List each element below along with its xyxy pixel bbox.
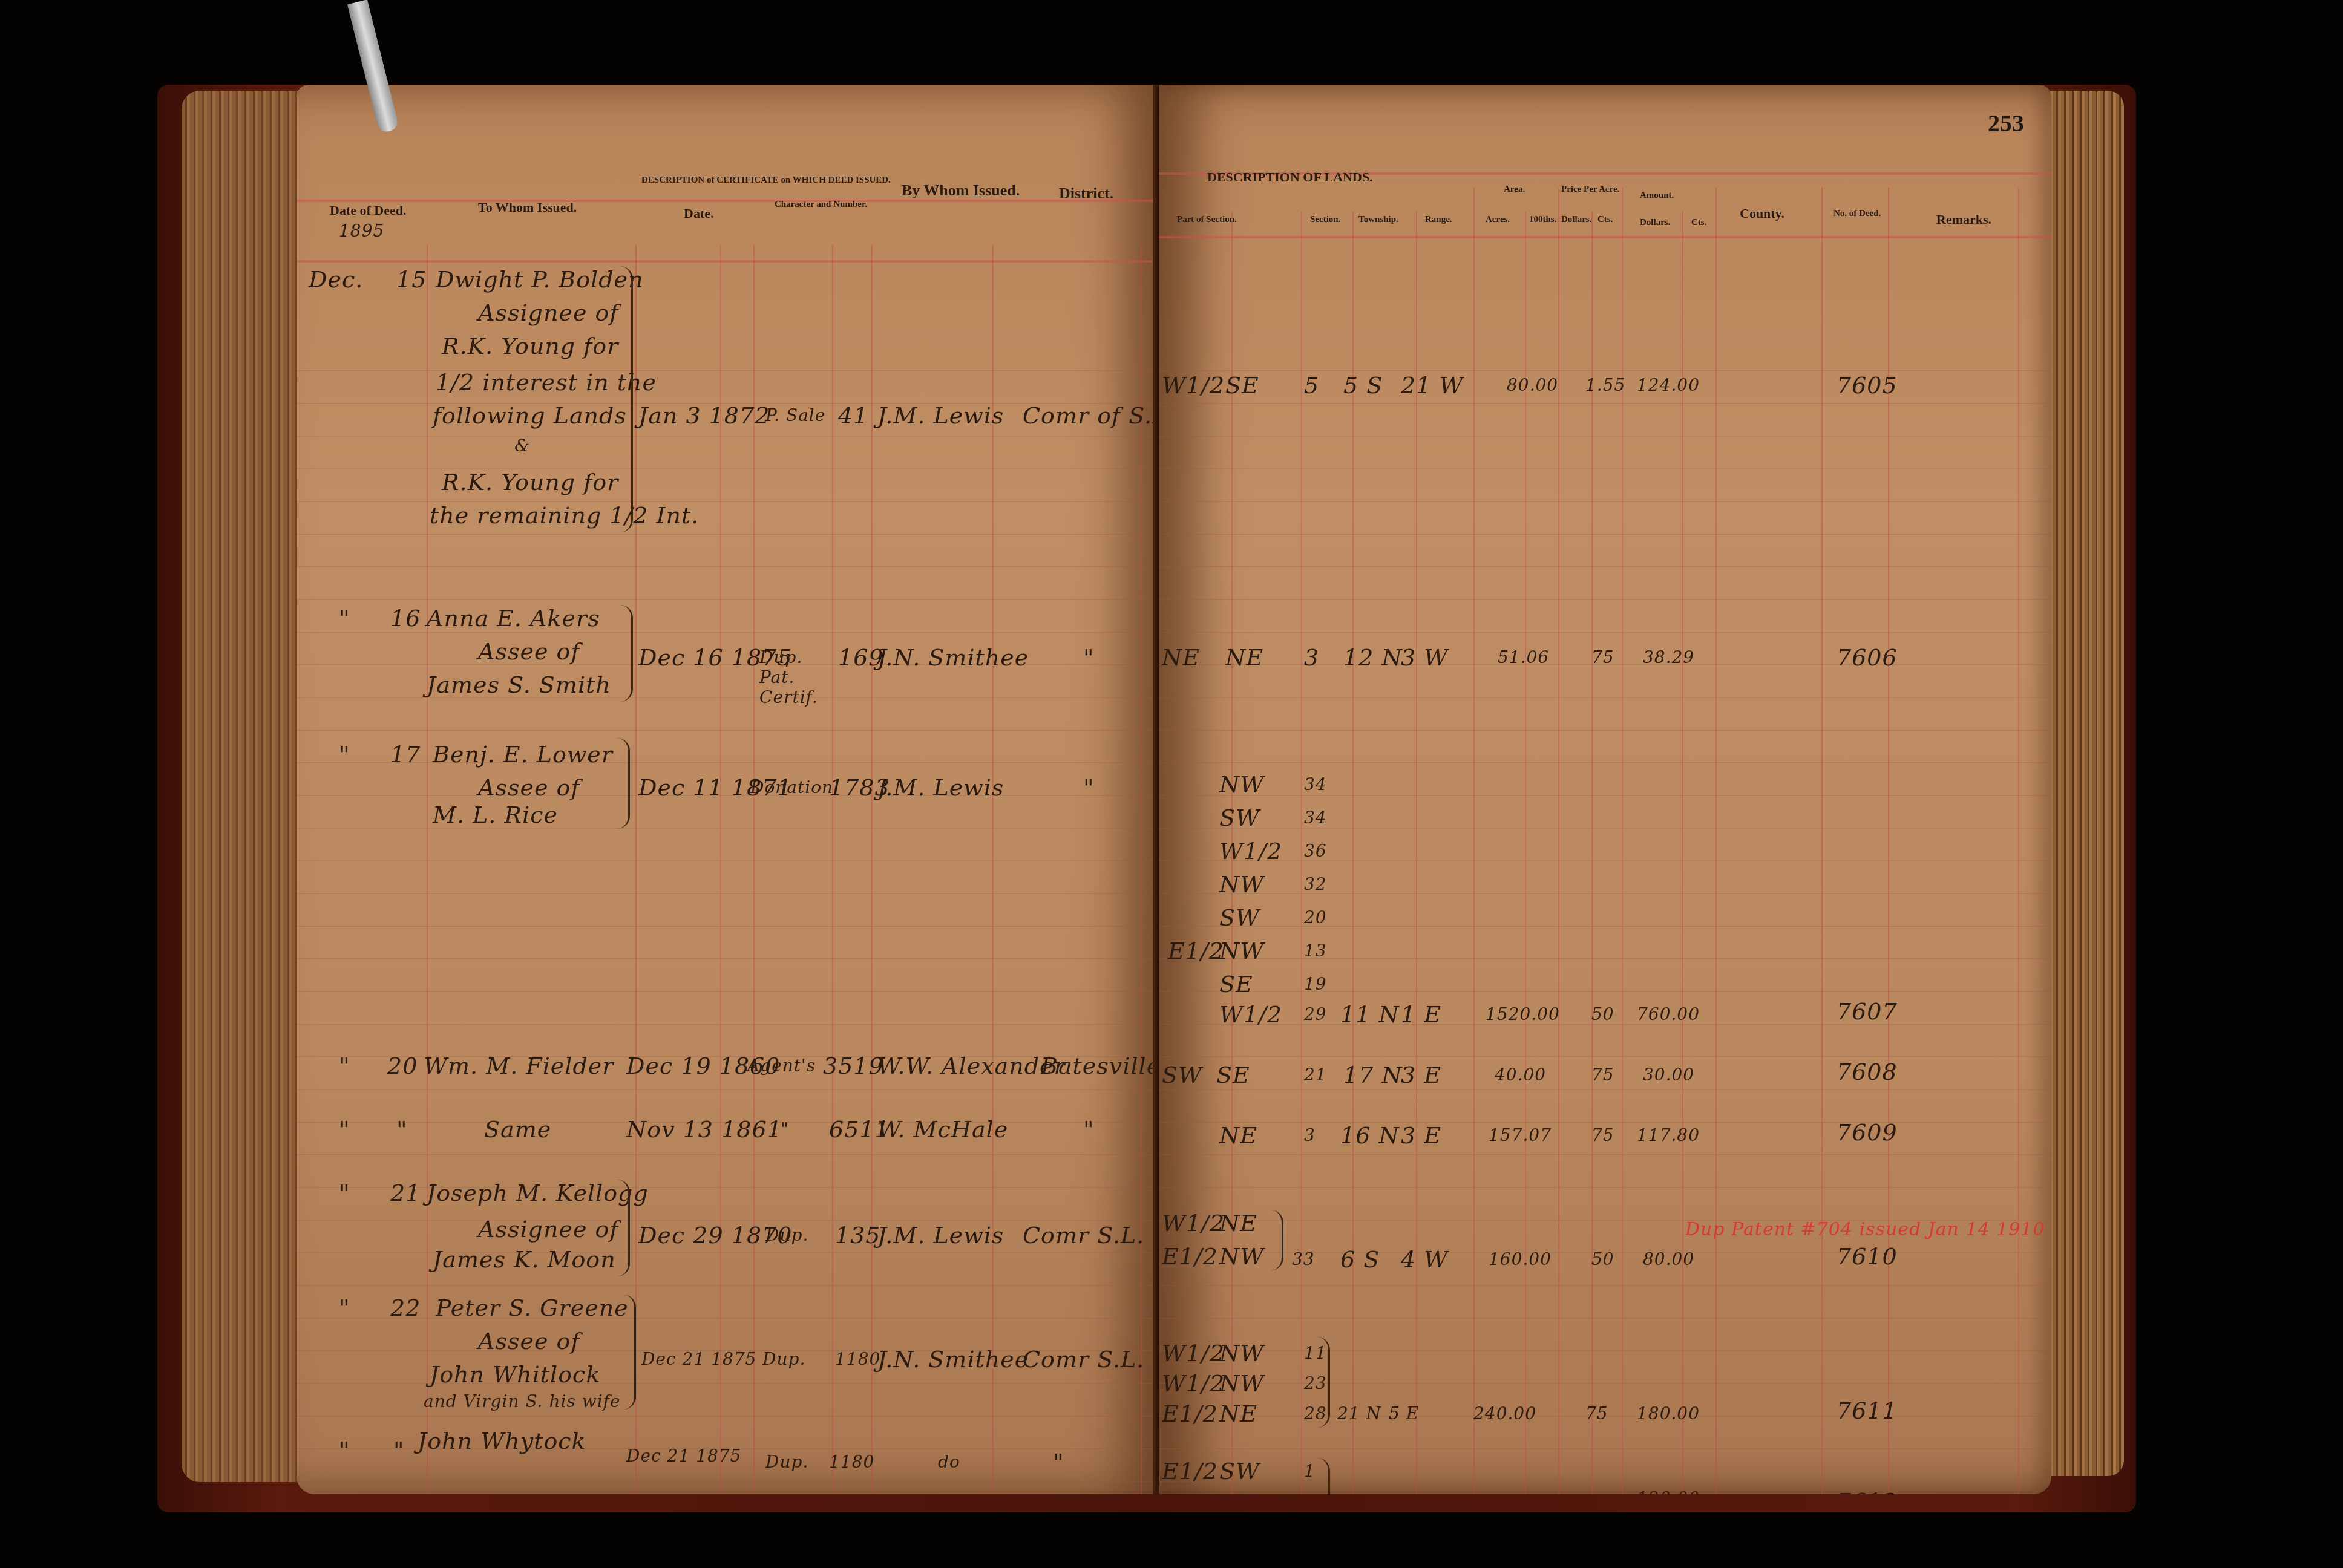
entry-name-line: following Lands xyxy=(433,402,627,429)
entry-cert-char: " xyxy=(781,1119,789,1139)
entry-district: " xyxy=(1083,774,1094,801)
land-acres: 1520.00 xyxy=(1486,1004,1560,1024)
entry-month: " xyxy=(339,1437,350,1463)
header-top-rule xyxy=(297,200,1162,202)
land-township: 12 N xyxy=(1343,644,1403,671)
header-price-dollars: Dollars. xyxy=(1561,215,1591,225)
land-amount: 120.00 xyxy=(1637,1488,1700,1494)
land-amount: 760.00 xyxy=(1637,1004,1700,1024)
entry-day: 20 xyxy=(387,1053,418,1079)
entry-district: " xyxy=(1053,1449,1064,1475)
page-number: 253 xyxy=(1988,109,2024,137)
col-divider xyxy=(1558,188,1559,1494)
header-cert-date: Date. xyxy=(684,206,713,221)
entry-name-line: M. L. Rice xyxy=(433,802,558,828)
header-amount-group: Amount. xyxy=(1640,191,1674,201)
entry-name-line: Joseph M. Kellogg xyxy=(427,1180,649,1206)
entry-day: 17 xyxy=(390,741,421,768)
land-range: 1 E xyxy=(1401,1001,1441,1028)
entry-name-line: John Whytock xyxy=(418,1428,586,1454)
col-divider xyxy=(1141,245,1142,1494)
land-part: SW xyxy=(1162,1062,1202,1088)
land-sub: SW xyxy=(1219,805,1260,831)
entry-cert-date: Dec 21 1875 xyxy=(626,1446,741,1466)
land-amount: 38.29 xyxy=(1643,647,1694,667)
land-amount: 117.80 xyxy=(1637,1125,1700,1145)
header-price-cts: Cts. xyxy=(1597,215,1613,225)
deed-number: 7605 xyxy=(1837,372,1898,399)
land-price: 75 xyxy=(1585,1403,1608,1423)
entry-day: 15 xyxy=(396,266,427,293)
header-section: Section. xyxy=(1310,215,1340,225)
land-acres: 157.07 xyxy=(1489,1125,1552,1145)
deed-number: 7607 xyxy=(1837,998,1898,1025)
entry-name-line: Dwight P. Bolden xyxy=(436,266,644,293)
header-price-group: Price Per Acre. xyxy=(1561,185,1619,195)
land-sub: SE xyxy=(1219,971,1253,998)
land-section: 32 xyxy=(1304,874,1327,894)
land-part: E1/2 xyxy=(1162,1400,1218,1427)
entry-month: Dec. xyxy=(309,266,363,293)
deed-number: 7609 xyxy=(1837,1119,1898,1146)
deed-number: 7606 xyxy=(1837,644,1898,671)
col-divider xyxy=(1352,212,1354,1494)
col-divider xyxy=(1591,212,1593,1494)
land-price: 1.55 xyxy=(1585,375,1625,395)
entry-cert-char: Dup. xyxy=(765,1225,808,1245)
header-area-group: Area. xyxy=(1504,185,1525,195)
entry-name-line: John Whitlock xyxy=(430,1361,600,1388)
deed-number: 7611 xyxy=(1837,1397,1898,1424)
land-sub: NE xyxy=(1225,644,1263,671)
land-sub: SW xyxy=(1219,1458,1260,1485)
entry-name-line: Peter S. Greene xyxy=(436,1295,629,1321)
entry-name-line: Assignee of xyxy=(478,299,618,326)
land-part: W1/2 xyxy=(1162,1491,1225,1494)
bracket xyxy=(620,266,633,532)
entry-district: " xyxy=(1083,644,1094,671)
land-price: 75 xyxy=(1591,1125,1614,1145)
ledger-right-page: 253 DESCRIPTION OF LANDS. Part of Sectio… xyxy=(1159,85,2051,1494)
col-divider xyxy=(1416,212,1417,1494)
entry-cert-date: Dec 21 1875 xyxy=(641,1349,756,1369)
land-part: E1/2 xyxy=(1162,1458,1218,1485)
entry-month: " xyxy=(339,1116,350,1143)
entry-by-whom: W.W. Alexander xyxy=(877,1053,1066,1079)
col-divider xyxy=(720,245,721,1494)
entry-cert-no: 135 xyxy=(835,1222,881,1249)
land-amount: 180.00 xyxy=(1637,1403,1700,1423)
land-sub: NE xyxy=(1219,1400,1257,1427)
header-cert-character: Character and Number. xyxy=(775,200,867,210)
land-range: 5 E xyxy=(1389,1403,1419,1423)
bracket xyxy=(623,1295,636,1410)
land-section: 33 xyxy=(1292,1249,1315,1269)
entry-month: " xyxy=(339,741,350,768)
header-district: District. xyxy=(1059,185,1113,203)
land-acres: 240.00 xyxy=(1473,1403,1536,1423)
land-township: 5 S xyxy=(1343,372,1383,399)
deed-number: 7610 xyxy=(1837,1243,1898,1270)
land-sub: SW xyxy=(1219,904,1260,931)
land-section: 5 xyxy=(1304,372,1319,399)
bracket xyxy=(620,605,633,702)
land-sub: NW xyxy=(1219,871,1264,898)
header-to-whom-issued: To Whom Issued. xyxy=(478,200,577,215)
entry-cert-char: Agent's xyxy=(747,1056,816,1076)
entry-month: " xyxy=(339,1180,350,1206)
header-acres: Acres. xyxy=(1486,215,1510,225)
land-price: 75 xyxy=(1591,1065,1614,1085)
land-section: 29 xyxy=(1304,1004,1327,1024)
col-divider xyxy=(2018,188,2019,1494)
entry-month: " xyxy=(339,1053,350,1079)
land-range: 21 W xyxy=(1401,372,1464,399)
land-section: 3 xyxy=(1304,1125,1316,1145)
land-amount: 124.00 xyxy=(1637,375,1700,395)
land-sub: NE xyxy=(1219,1122,1257,1149)
entry-name-line: & xyxy=(514,436,530,456)
bracket xyxy=(1317,1458,1330,1494)
land-sub: SW xyxy=(1219,1491,1260,1494)
entry-name-line: R.K. Young for xyxy=(442,333,618,359)
land-sub: NW xyxy=(1219,771,1264,798)
col-divider xyxy=(871,245,873,1494)
land-section: 3 xyxy=(1304,644,1319,671)
entry-cert-no: 41 xyxy=(838,402,868,429)
entry-cert-no: 3519 xyxy=(823,1053,884,1079)
entry-month: " xyxy=(339,605,350,632)
entry-name-line: James S. Smith xyxy=(427,671,611,698)
land-sub: NW xyxy=(1219,1243,1264,1270)
land-acres: 80.00 xyxy=(1507,375,1558,395)
header-hundredths: 100ths. xyxy=(1529,215,1556,225)
header-no-of-deed: No. of Deed. xyxy=(1833,209,1881,219)
entry-cert-no: 1180 xyxy=(829,1452,874,1472)
land-section: 36 xyxy=(1304,841,1327,861)
header-amount-cts: Cts. xyxy=(1691,218,1706,228)
land-township: 11 N xyxy=(1340,1001,1400,1028)
land-township: 16 N xyxy=(1340,1122,1400,1149)
entry-name-line: Anna E. Akers xyxy=(427,605,600,632)
col-divider xyxy=(1715,188,1717,1494)
entry-by-whom: J.M. Lewis xyxy=(877,774,1004,801)
land-section: 20 xyxy=(1304,907,1327,927)
entry-month: " xyxy=(339,1295,350,1321)
page-edges-right xyxy=(2045,91,2124,1476)
land-sub: NW xyxy=(1219,1340,1264,1367)
entry-district: " xyxy=(1083,1116,1094,1143)
entry-district: Comr S.L. xyxy=(1023,1222,1144,1249)
land-part: W1/2 xyxy=(1162,1370,1225,1397)
land-part: W1/2 xyxy=(1162,372,1225,399)
land-price: 75 xyxy=(1585,1491,1608,1494)
land-township: 6 S xyxy=(1340,1246,1380,1273)
entry-cert-char: P. Sale xyxy=(765,405,825,425)
entry-cert-char: Dup. xyxy=(765,1452,808,1472)
land-sub: W1/2 xyxy=(1219,838,1282,864)
land-acres: 160.00 xyxy=(1489,1249,1552,1269)
land-section: 13 xyxy=(1304,941,1327,961)
land-part: NE xyxy=(1162,644,1200,671)
land-sub: W1/2 xyxy=(1219,1001,1282,1028)
header-certificate-group: DESCRIPTION of CERTIFICATE on WHICH DEED… xyxy=(641,175,891,186)
land-township: 17 N xyxy=(1343,1062,1403,1088)
entry-by-whom: do xyxy=(938,1452,960,1472)
entry-cert-char: Dup. xyxy=(762,1349,805,1369)
land-acres: 40.00 xyxy=(1495,1065,1546,1085)
land-range: 3 E xyxy=(1401,1062,1441,1088)
entry-cert-date: Nov 13 1861 xyxy=(626,1116,782,1143)
land-part: E1/2 xyxy=(1168,938,1224,964)
col-divider xyxy=(992,245,994,1494)
land-sub: NW xyxy=(1219,938,1264,964)
ruled-lines xyxy=(1159,339,2051,1494)
entry-cert-no: 1180 xyxy=(835,1349,880,1369)
col-divider xyxy=(427,245,428,1494)
land-section: 19 xyxy=(1304,974,1327,994)
col-divider xyxy=(1473,188,1475,1494)
entry-by-whom: W. McHale xyxy=(877,1116,1008,1143)
header-part-of-section: Part of Section. xyxy=(1177,215,1237,225)
land-part: E1/2 xyxy=(1162,1243,1218,1270)
header-date-of-deed: Date of Deed. xyxy=(330,203,406,218)
entry-district: Comr S.L. xyxy=(1023,1346,1144,1373)
land-sub: SE xyxy=(1216,1062,1250,1088)
col-divider xyxy=(1525,212,1526,1494)
entry-cert-char: Donation xyxy=(750,777,833,797)
entry-name-line: Assignee of xyxy=(478,1216,618,1243)
land-section: 34 xyxy=(1304,808,1327,828)
page-edges-left xyxy=(182,91,303,1482)
header-bottom-rule xyxy=(1159,236,2051,238)
bracket xyxy=(1271,1210,1283,1270)
col-divider xyxy=(753,245,755,1494)
header-township: Township. xyxy=(1358,215,1398,225)
year-label: 1895 xyxy=(339,221,384,241)
entry-name-line: James K. Moon xyxy=(433,1246,616,1273)
land-price: 75 xyxy=(1591,647,1614,667)
bracket xyxy=(617,738,630,829)
land-part: W1/2 xyxy=(1162,1340,1225,1367)
land-section: 21 xyxy=(1304,1065,1327,1085)
entry-name-line: Same xyxy=(484,1116,551,1143)
land-price: 50 xyxy=(1591,1249,1614,1269)
entry-by-whom: J.N. Smithee xyxy=(877,644,1029,671)
entry-cert-char: Dup. Pat. Certif. xyxy=(759,647,826,707)
entry-name-line: Assee of xyxy=(478,638,580,665)
entry-district: Comr of S.L. xyxy=(1023,402,1162,429)
land-section: 34 xyxy=(1304,774,1327,794)
entry-by-whom: J.N. Smithee xyxy=(877,1346,1029,1373)
remark-red-ink: Dup Patent #704 issued Jan 14 1910 xyxy=(1685,1219,2045,1240)
land-sub: SE xyxy=(1225,372,1259,399)
land-range: 4 W xyxy=(1401,1246,1448,1273)
land-sub: NW xyxy=(1219,1370,1264,1397)
land-acres: 51.06 xyxy=(1498,647,1549,667)
entry-name-line: and Virgin S. his wife xyxy=(424,1391,621,1411)
land-price: 50 xyxy=(1591,1004,1614,1024)
header-remarks: Remarks. xyxy=(1936,212,1991,227)
entry-district: Batesville xyxy=(1041,1053,1161,1079)
ledger-left-page: Date of Deed. 1895 To Whom Issued. DESCR… xyxy=(297,85,1162,1494)
header-range: Range. xyxy=(1425,215,1452,225)
entry-day: " xyxy=(396,1116,407,1143)
entry-name-line: Benj. E. Lower xyxy=(433,741,613,768)
col-divider xyxy=(1301,212,1302,1494)
header-by-whom-issued: By Whom Issued. xyxy=(902,181,1020,200)
entry-by-whom: J.M. Lewis xyxy=(877,402,1004,429)
land-amount: 80.00 xyxy=(1643,1249,1694,1269)
land-part: W1/2 xyxy=(1162,1210,1225,1236)
entry-by-whom: J.M. Lewis xyxy=(877,1222,1004,1249)
header-amount-dollars: Dollars. xyxy=(1640,218,1670,228)
header-lands-group: DESCRIPTION OF LANDS. xyxy=(1207,169,1373,185)
entry-day: " xyxy=(393,1437,404,1463)
entry-name-line: Assee of xyxy=(478,774,580,801)
bracket xyxy=(617,1180,630,1276)
bracket xyxy=(1317,1337,1330,1428)
col-divider xyxy=(1821,188,1823,1494)
entry-day: 16 xyxy=(390,605,421,632)
col-divider xyxy=(832,245,833,1494)
entry-day: 22 xyxy=(390,1295,421,1321)
land-section: 1 xyxy=(1304,1461,1316,1481)
entry-name-line: Assee of xyxy=(478,1328,580,1354)
header-county: County. xyxy=(1740,206,1784,221)
land-range: 3 W xyxy=(1401,644,1448,671)
entry-name-line: R.K. Young for xyxy=(442,469,618,495)
entry-name-line: the remaining 1/2 Int. xyxy=(430,502,699,529)
entry-cert-date: Jan 3 1872 xyxy=(638,402,770,429)
land-sub: NE xyxy=(1219,1210,1257,1236)
land-range: 3 E xyxy=(1401,1122,1441,1149)
col-divider xyxy=(1682,212,1683,1494)
entry-name-line: Wm. M. Fielder xyxy=(424,1053,614,1079)
entry-day: 21 xyxy=(390,1180,421,1206)
deed-number: 7612 xyxy=(1837,1488,1898,1494)
deed-number: 7608 xyxy=(1837,1059,1898,1085)
land-township: 21 N xyxy=(1337,1403,1381,1423)
land-amount: 30.00 xyxy=(1643,1065,1694,1085)
